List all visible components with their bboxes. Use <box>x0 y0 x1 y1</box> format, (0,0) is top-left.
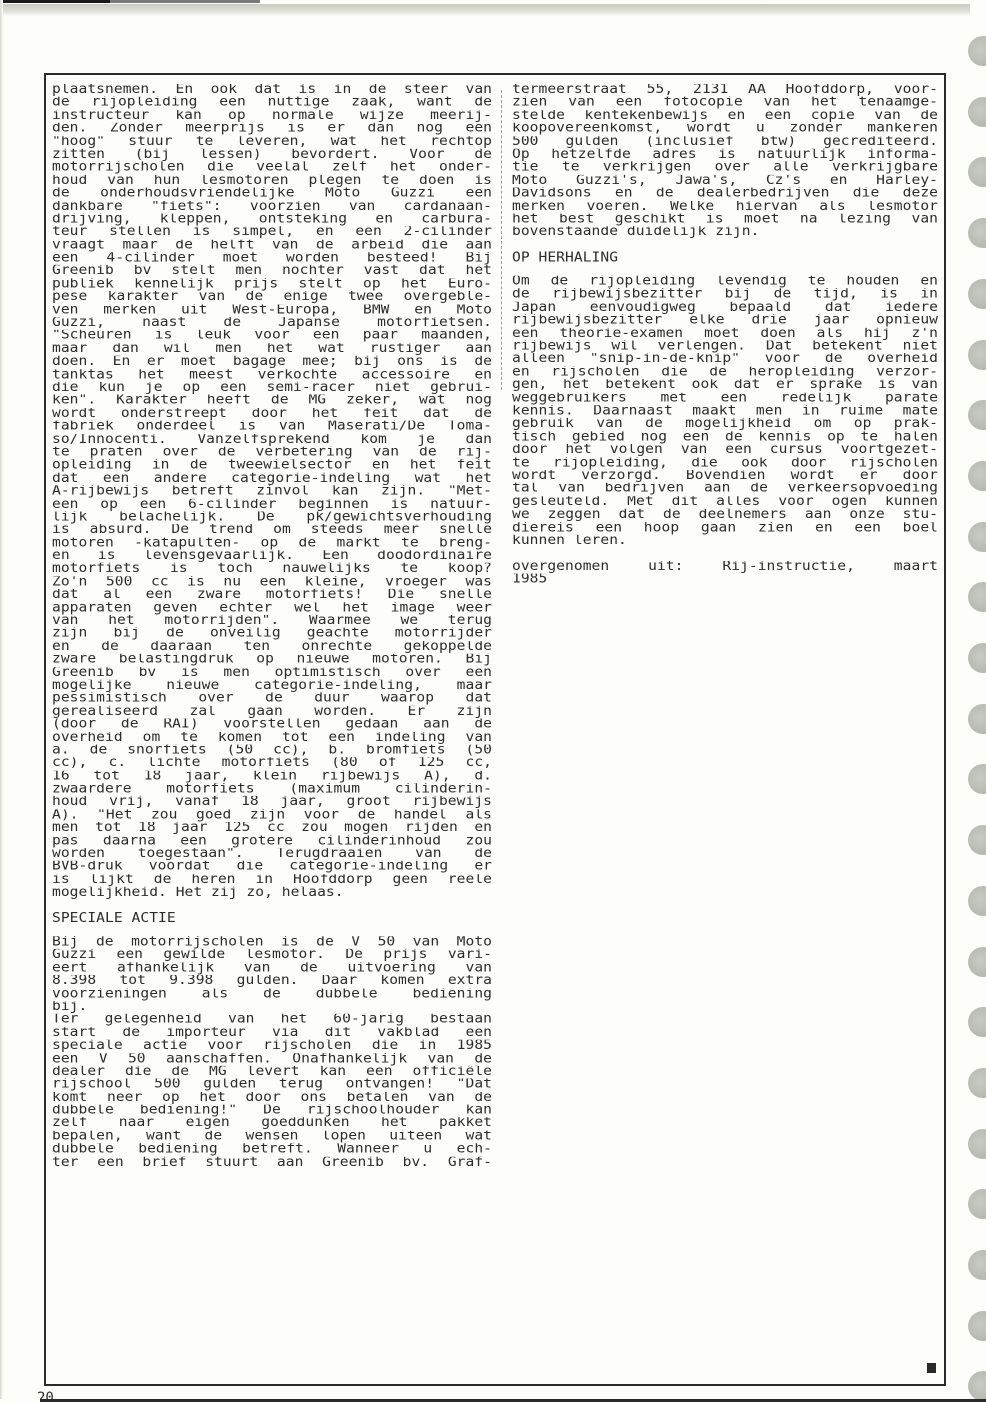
text-line: men tot 18 jaar 125 cc zou mogen rijden … <box>52 822 492 835</box>
binder-hole-icon <box>968 218 986 248</box>
text-line: drijving, kleppen, ontsteking en carbura… <box>52 214 492 227</box>
text-line: bij. <box>52 1001 492 1014</box>
text-line: ter een brief stuurt aan Greenib bv. Gra… <box>52 1156 492 1169</box>
text-line: houd van hun lesmotoren plegen te doen i… <box>52 175 492 188</box>
text-line: is lijkt de heren in Hoofddorp geen reël… <box>52 874 492 887</box>
text-line: tal van bedrijven aan de verkeersopvoedi… <box>512 483 938 496</box>
text-line: kennis. Daarnaast maakt men in ruime mat… <box>512 405 938 418</box>
text-line: motorrijscholen die veelal zelf het onde… <box>52 162 492 175</box>
binder-hole-icon <box>968 704 986 734</box>
text-line: A). "Het zou goed zijn voor de handel al… <box>52 809 492 822</box>
text-line: speciale actie voor rijscholen die in 19… <box>52 1040 492 1053</box>
text-line: de rijbewijsbezitter bij de tijd, is in <box>512 289 938 302</box>
text-line: Davidsons en de dealerbedrijven die deze <box>512 188 938 201</box>
text-line: gen, het betekent ook dat er sprake is v… <box>512 379 938 392</box>
text-line: tanktas het meest verkochte accessoire e… <box>52 369 492 382</box>
binder-hole-icon <box>968 400 986 430</box>
text-line: cc), c. lichte motorfiets (80 of 125 cc, <box>52 757 492 770</box>
right-paragraph-1: termeerstraat 55, 2131 AA Hoofddorp, voo… <box>512 84 938 239</box>
text-line: motoren -katapulten- op de markt te bren… <box>52 537 492 550</box>
text-line: dankbare "fiets": voorzien van cardanaan… <box>52 201 492 214</box>
text-line: dubbele bediening betreft. Wanneer u ech… <box>52 1144 492 1157</box>
text-line: kunnen leren. <box>512 535 938 548</box>
column-divider <box>501 90 502 390</box>
binder-hole-icon <box>968 1250 986 1280</box>
binder-hole-icon <box>968 1068 986 1098</box>
text-line: fabriek onderdeel is van Maserati/De Tom… <box>52 421 492 434</box>
text-line: bepalen, want de wensen lopen uiteen wat <box>52 1131 492 1144</box>
text-line: Zo'n 500 cc is nu een kleine, vroeger wa… <box>52 576 492 589</box>
text-line: a. de snorfiets (50 cc), b. bromfiets (5… <box>52 745 492 758</box>
text-line: ven merken uit West-Europa, BMW en Moto <box>52 304 492 317</box>
text-line: stelde kentekenbewijs en een copie van d… <box>512 110 938 123</box>
left-paragraph-1: plaatsnemen. En ook dat is in de steer v… <box>52 84 492 900</box>
scan-edge-dark <box>0 0 110 3</box>
binder-hole-icon <box>968 1311 986 1341</box>
binder-hole-icon <box>968 157 986 187</box>
text-line: tie te verkrijgen over alle verkrijgbare <box>512 162 938 175</box>
text-line: "hoog" stuur te leveren, wat het rechtop <box>52 136 492 149</box>
text-line: lijk belachelijk. De pk/gewichtsverhoudi… <box>52 511 492 524</box>
text-line: een 4-cilinder moet worden besteed! Bij <box>52 252 492 265</box>
binder-hole-icon <box>968 1371 986 1401</box>
source-attribution: overgenomen uit: Rij-instructie, maart19… <box>512 561 938 587</box>
left-paragraph-2: Bij de motorrijscholen is de V 50 van Mo… <box>52 936 492 1014</box>
text-line: dubbele bediening!" De rijschoolhouder k… <box>52 1105 492 1118</box>
text-line: publiek kennelijk prijs stelt op het Eur… <box>52 278 492 291</box>
text-line: (door de RAI) voorstellen gedaan aan de <box>52 719 492 732</box>
text-line: rijbewijsbezitter elke drie jaar opnieuw <box>512 315 938 328</box>
text-line: zien van een fotocopie van het tenaamge- <box>512 97 938 110</box>
binder-hole-icon <box>968 461 986 491</box>
text-line: zelf naar eigen goeddunken het pakket <box>52 1118 492 1131</box>
text-line: zwaardere motorfiets (maximum cilinderin… <box>52 783 492 796</box>
right-paragraph-2: Om de rijopleiding levendig te houden en… <box>512 276 938 548</box>
text-line: wordt onderstreept door het feit dat de <box>52 408 492 421</box>
text-line: merken voeren. Welke hiervan als lesmoto… <box>512 201 938 214</box>
text-line: start de importeur via dit vakblad een <box>52 1027 492 1040</box>
spacer <box>512 548 938 561</box>
end-of-article-mark <box>927 1363 936 1373</box>
text-line: apparaten geven echter wel het image wee… <box>52 602 492 615</box>
text-line: den. Zonder meerprijs is er dan nog een <box>52 123 492 136</box>
text-line: en rijscholen die de heropleiding verzor… <box>512 366 938 379</box>
section-heading-op-herhaling: OP HERHALING <box>512 252 938 265</box>
text-line: doen. En er moet bagage mee; bij ons is … <box>52 356 492 369</box>
text-line: dealer die de MG levert kan een officiël… <box>52 1066 492 1079</box>
text-line: de onderhoudsvriendelijke Moto Guzzi een <box>52 188 492 201</box>
text-line: gebruik van de mogelijkheid om op prak- <box>512 418 938 431</box>
binder-holes <box>968 0 986 1402</box>
binder-hole-icon <box>968 279 986 309</box>
text-line: een op een 6-cilinder beginnen is natuur… <box>52 498 492 511</box>
text-line: pas daarna een grotere cilinderinhoud zo… <box>52 835 492 848</box>
text-line: we zeggen dat de deelnemers aan onze stu… <box>512 509 938 522</box>
binder-hole-icon <box>968 947 986 977</box>
text-line: rijschool 500 gulden terug ontvangen! "D… <box>52 1079 492 1092</box>
left-paragraph-3: Ter gelegenheid van het 60-jarig bestaan… <box>52 1014 492 1169</box>
text-line: instructeur kan op normale wijze meerij- <box>52 110 492 123</box>
text-line: wordt verzorgd. Bovendien wordt er door <box>512 470 938 483</box>
text-line: diereis een hoop gaan zien en een boel <box>512 522 938 535</box>
text-line: rijbewijs wil verlengen. Dat betekent ni… <box>512 341 938 354</box>
text-line: Bij de motorrijscholen is de V 50 van Mo… <box>52 936 492 949</box>
right-column: termeerstraat 55, 2131 AA Hoofddorp, voo… <box>512 84 938 587</box>
text-line: bovenstaande duidelijk zijn. <box>512 226 938 239</box>
scan-edge-light <box>110 0 260 3</box>
text-line: Greenib bv is men optimistisch over een <box>52 667 492 680</box>
text-line: 8.398 tot 9.398 gulden. Daar komen extra <box>52 975 492 988</box>
binder-hole-icon <box>968 643 986 673</box>
text-line: dat al een zware motorfiets! Die snelle <box>52 589 492 602</box>
section-heading-speciale-actie: SPECIALE ACTIE <box>52 913 492 926</box>
text-line: Guzzi, naast de Japanse motorfietsen. <box>52 317 492 330</box>
binder-hole-icon <box>968 340 986 370</box>
text-line: 16 tot 18 jaar, klein rijbewijs A), d. <box>52 770 492 783</box>
text-line: mogelijke nieuwe categorie-indeling, maa… <box>52 680 492 693</box>
text-line: koopovereenkomst, wordt u zonder mankere… <box>512 123 938 136</box>
binder-hole-icon <box>968 1007 986 1037</box>
text-line: weggebruikers met een redelijk parate <box>512 392 938 405</box>
text-line: gerealiseerd zal gaan worden. Er zijn <box>52 706 492 719</box>
text-line: Om de rijopleiding levendig te houden en <box>512 276 938 289</box>
binder-hole-icon <box>968 1129 986 1159</box>
text-line: BVB-druk voordat die categorie-indeling … <box>52 861 492 874</box>
binder-hole-icon <box>968 825 986 855</box>
text-line: termeerstraat 55, 2131 AA Hoofddorp, voo… <box>512 84 938 97</box>
text-line: pese karakter van de enige twee overgebl… <box>52 291 492 304</box>
text-line: 500 gulden (inclusief btw) gecrediteerd. <box>512 136 938 149</box>
text-line: Op hetzelfde adres is natuurlijk informa… <box>512 149 938 162</box>
binder-hole-icon <box>968 97 986 127</box>
text-line: een theorie-examen moet doen als hij z'n <box>512 328 938 341</box>
text-line: te rijopleiding, die ook door rijscholen <box>512 457 938 470</box>
binder-hole-icon <box>968 764 986 794</box>
text-line: Japan eenvoudigweg bepaald dat iedere <box>512 302 938 315</box>
page-left-shadow <box>0 0 3 1402</box>
text-line: die kun je op een semi-racer niet gebrui… <box>52 382 492 395</box>
text-line: worden toegestaan". Terugdraaien van de <box>52 848 492 861</box>
text-line: houd vrij, vanaf 18 jaar, groot rijbewij… <box>52 796 492 809</box>
text-line: een V 50 aanschaffen. Onafhankelijk van … <box>52 1053 492 1066</box>
text-line: 1985 <box>512 574 938 587</box>
text-line: is absurd. De trend om steeds meer snell… <box>52 524 492 537</box>
text-line: de rijopleiding een nuttige zaak, want d… <box>52 97 492 110</box>
text-line: eert afhankelijk van de uitvoering van <box>52 962 492 975</box>
text-line: A-rijbewijs betreft zinvol kan zijn. "Me… <box>52 485 492 498</box>
text-line: overheid om te komen tot een indeling va… <box>52 732 492 745</box>
text-line: opleiding in de tweewielsector en het fe… <box>52 460 492 473</box>
binder-hole-icon <box>968 582 986 612</box>
text-line: het best geschikt is moet na lezing van <box>512 214 938 227</box>
text-line: zware belastingdruk op nieuwe motoren. B… <box>52 654 492 667</box>
text-line: zitten (bij lessen) bevordert. Voor de <box>52 149 492 162</box>
binder-hole-icon <box>968 1189 986 1219</box>
text-line: teur stellen is simpel, en een 2-cilinde… <box>52 226 492 239</box>
text-line: van het motorrijden". Waarmee we terug <box>52 615 492 628</box>
text-line: motorfiets is toch nauwelijks te koop? <box>52 563 492 576</box>
text-line: gesleuteld. Met dit alles voor ogen kunn… <box>512 496 938 509</box>
text-line: Guzzi een gewilde lesmotor. De prijs var… <box>52 949 492 962</box>
text-line: alleen "snip-in-de-knip" voor de overhei… <box>512 353 938 366</box>
text-line: voorzieningen als de dubbele bediening <box>52 988 492 1001</box>
text-line: ken". Karakter heeft de MG zeker, wat no… <box>52 395 492 408</box>
text-line: Ter gelegenheid van het 60-jarig bestaan <box>52 1014 492 1027</box>
text-line: zijn bij de onveilig geachte motorrijder <box>52 628 492 641</box>
text-line: Moto Guzzi's, Jawa's, Cz's en Harley- <box>512 175 938 188</box>
text-line: Greenib bv stelt men nochter vast dat he… <box>52 265 492 278</box>
left-column: plaatsnemen. En ook dat is in de steer v… <box>52 84 492 1169</box>
text-line: te praten over de verbetering van de rij… <box>52 447 492 460</box>
text-line: "Scheuren is leuk voor een paar maanden, <box>52 330 492 343</box>
text-line: so/Innocenti. Vanzelfsprekend kom je dan <box>52 434 492 447</box>
text-line: en is levensgevaarlijk. Een doodordinair… <box>52 550 492 563</box>
text-line: en de daaraan ten onrechte gekoppelde <box>52 641 492 654</box>
text-line: komt neer op het door ons betalen van de <box>52 1092 492 1105</box>
text-line: tisch gebied nog een de kennis op te hal… <box>512 431 938 444</box>
binder-hole-icon <box>968 522 986 552</box>
text-line: vraagt maar de helft van de arbeid die a… <box>52 239 492 252</box>
text-line: pessimistisch over de duur waarop dat <box>52 693 492 706</box>
text-line: overgenomen uit: Rij-instructie, maart <box>512 561 938 574</box>
text-line: door het volgen van een cursus voortgeze… <box>512 444 938 457</box>
text-line: plaatsnemen. En ook dat is in de steer v… <box>52 84 492 97</box>
page-top-shadow <box>0 4 970 16</box>
text-line: mogelijkheid. Het zij zo, helaas. <box>52 887 492 900</box>
binder-hole-icon <box>968 886 986 916</box>
text-line: dat een andere categorie-indeling wat he… <box>52 473 492 486</box>
binder-hole-icon <box>968 36 986 66</box>
text-line: maar dan wil men het wat rustiger aan <box>52 343 492 356</box>
